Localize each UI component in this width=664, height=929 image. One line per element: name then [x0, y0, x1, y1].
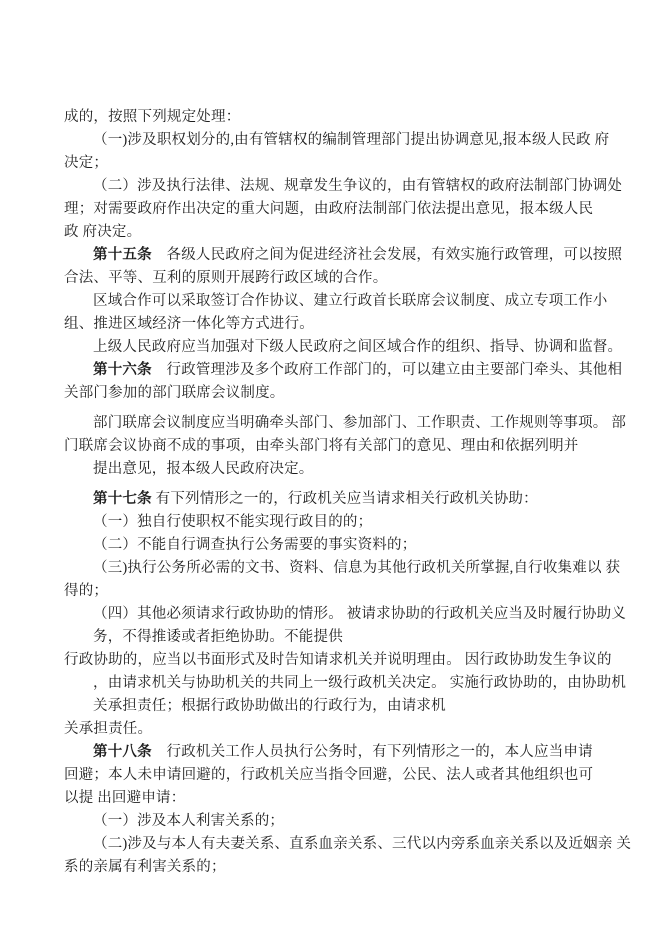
text-line: 第十六条 行政管理涉及多个政府工作部门的，可以建立由主要部门牵头、其他相	[64, 359, 609, 382]
text-line: 区域合作可以采取签订合作协议、建立行政首长联席会议制度、成立专项工作小	[64, 290, 609, 313]
text-line: （一）独自行使职权不能实现行政目的的；	[64, 511, 609, 534]
text-line: （一）涉及本人利害关系的；	[64, 810, 609, 833]
text-line: 得的；	[64, 580, 609, 603]
text-line: （四）其他必须请求行政协助的情形。 被请求协助的行政机关应当及时履行协助义	[64, 603, 609, 626]
text-line: 部门联席会议制度应当明确牵头部门、参加部门、工作职责、工作规则等事项。 部	[64, 412, 609, 435]
text-line: 上级人民政府应当加强对下级人民政府之间区域合作的组织、指导、协调和监督。	[64, 336, 609, 359]
article-number: 第十八条	[93, 744, 152, 760]
text-line: 第十七条 有下列情形之一的，行政机关应当请求相关行政机关协助：	[64, 488, 609, 511]
text-line: 系的亲属有利害关系的；	[64, 856, 609, 879]
article-number: 第十七条	[93, 491, 152, 507]
text-line: 组、推进区域经济一体化等方式进行。	[64, 313, 609, 336]
text-line: 理；对需要政府作出决定的重大问题，由政府法制部门依法提出意见，报本级人民	[64, 198, 609, 221]
text-line: 务，不得推诿或者拒绝协助。不能提供	[64, 626, 609, 649]
article-number: 第十六条	[93, 362, 152, 378]
text-line: 行政协助的，应当以书面形式及时告知请求机关并说明理由。 因行政协助发生争议的	[64, 649, 609, 672]
text-line: （三)执行公务所必需的文书、资料、信息为其他行政机关所掌握,自行收集难以 获	[64, 557, 609, 580]
document-page: 成的，按照下列规定处理：（一)涉及职权划分的,由有管辖权的编制管理部门提出协调意…	[0, 0, 664, 929]
text-line: ，由请求机关与协助机关的共同上一级行政机关决定。 实施行政协助的，由协助机	[64, 672, 609, 695]
text-line: （一)涉及职权划分的,由有管辖权的编制管理部门提出协调意见,报本级人民政 府	[64, 129, 609, 152]
text-line: 门联席会议协商不成的事项，由牵头部门将有关部门的意见、理由和依据列明并	[64, 435, 609, 458]
text-line: 关承担责任。	[64, 718, 609, 741]
text-line: 决定；	[64, 152, 609, 175]
text-line: 回避；本人未申请回避的，行政机关应当指令回避，公民、法人或者其他组织也可	[64, 764, 609, 787]
text-line: （二)涉及与本人有夫妻关系、直系血亲关系、三代以内旁系血亲关系以及近姻亲 关	[64, 833, 609, 856]
document-lines: 成的，按照下列规定处理：（一)涉及职权划分的,由有管辖权的编制管理部门提出协调意…	[64, 106, 609, 879]
article-number: 第十五条	[93, 247, 152, 263]
text-line: 第十八条 行政机关工作人员执行公务时，有下列情形之一的，本人应当申请	[64, 741, 609, 764]
text-line: 提出意见，报本级人民政府决定。	[64, 458, 609, 481]
text-line: 以提 出回避申请：	[64, 787, 609, 810]
text-line: 合法、平等、互利的原则开展跨行政区域的合作。	[64, 267, 609, 290]
text-line: （二）不能自行调查执行公务需要的事实资料的；	[64, 534, 609, 557]
text-line: 政 府决定。	[64, 221, 609, 244]
text-line: 第十五条 各级人民政府之间为促进经济社会发展，有效实施行政管理，可以按照	[64, 244, 609, 267]
text-line: 关部门参加的部门联席会议制度。	[64, 382, 609, 405]
text-line: 关承担责任；根据行政协助做出的行政行为，由请求机	[64, 695, 609, 718]
text-line: （二）涉及执行法律、法规、规章发生争议的，由有管辖权的政府法制部门协调处	[64, 175, 609, 198]
text-line: 成的，按照下列规定处理：	[64, 106, 609, 129]
